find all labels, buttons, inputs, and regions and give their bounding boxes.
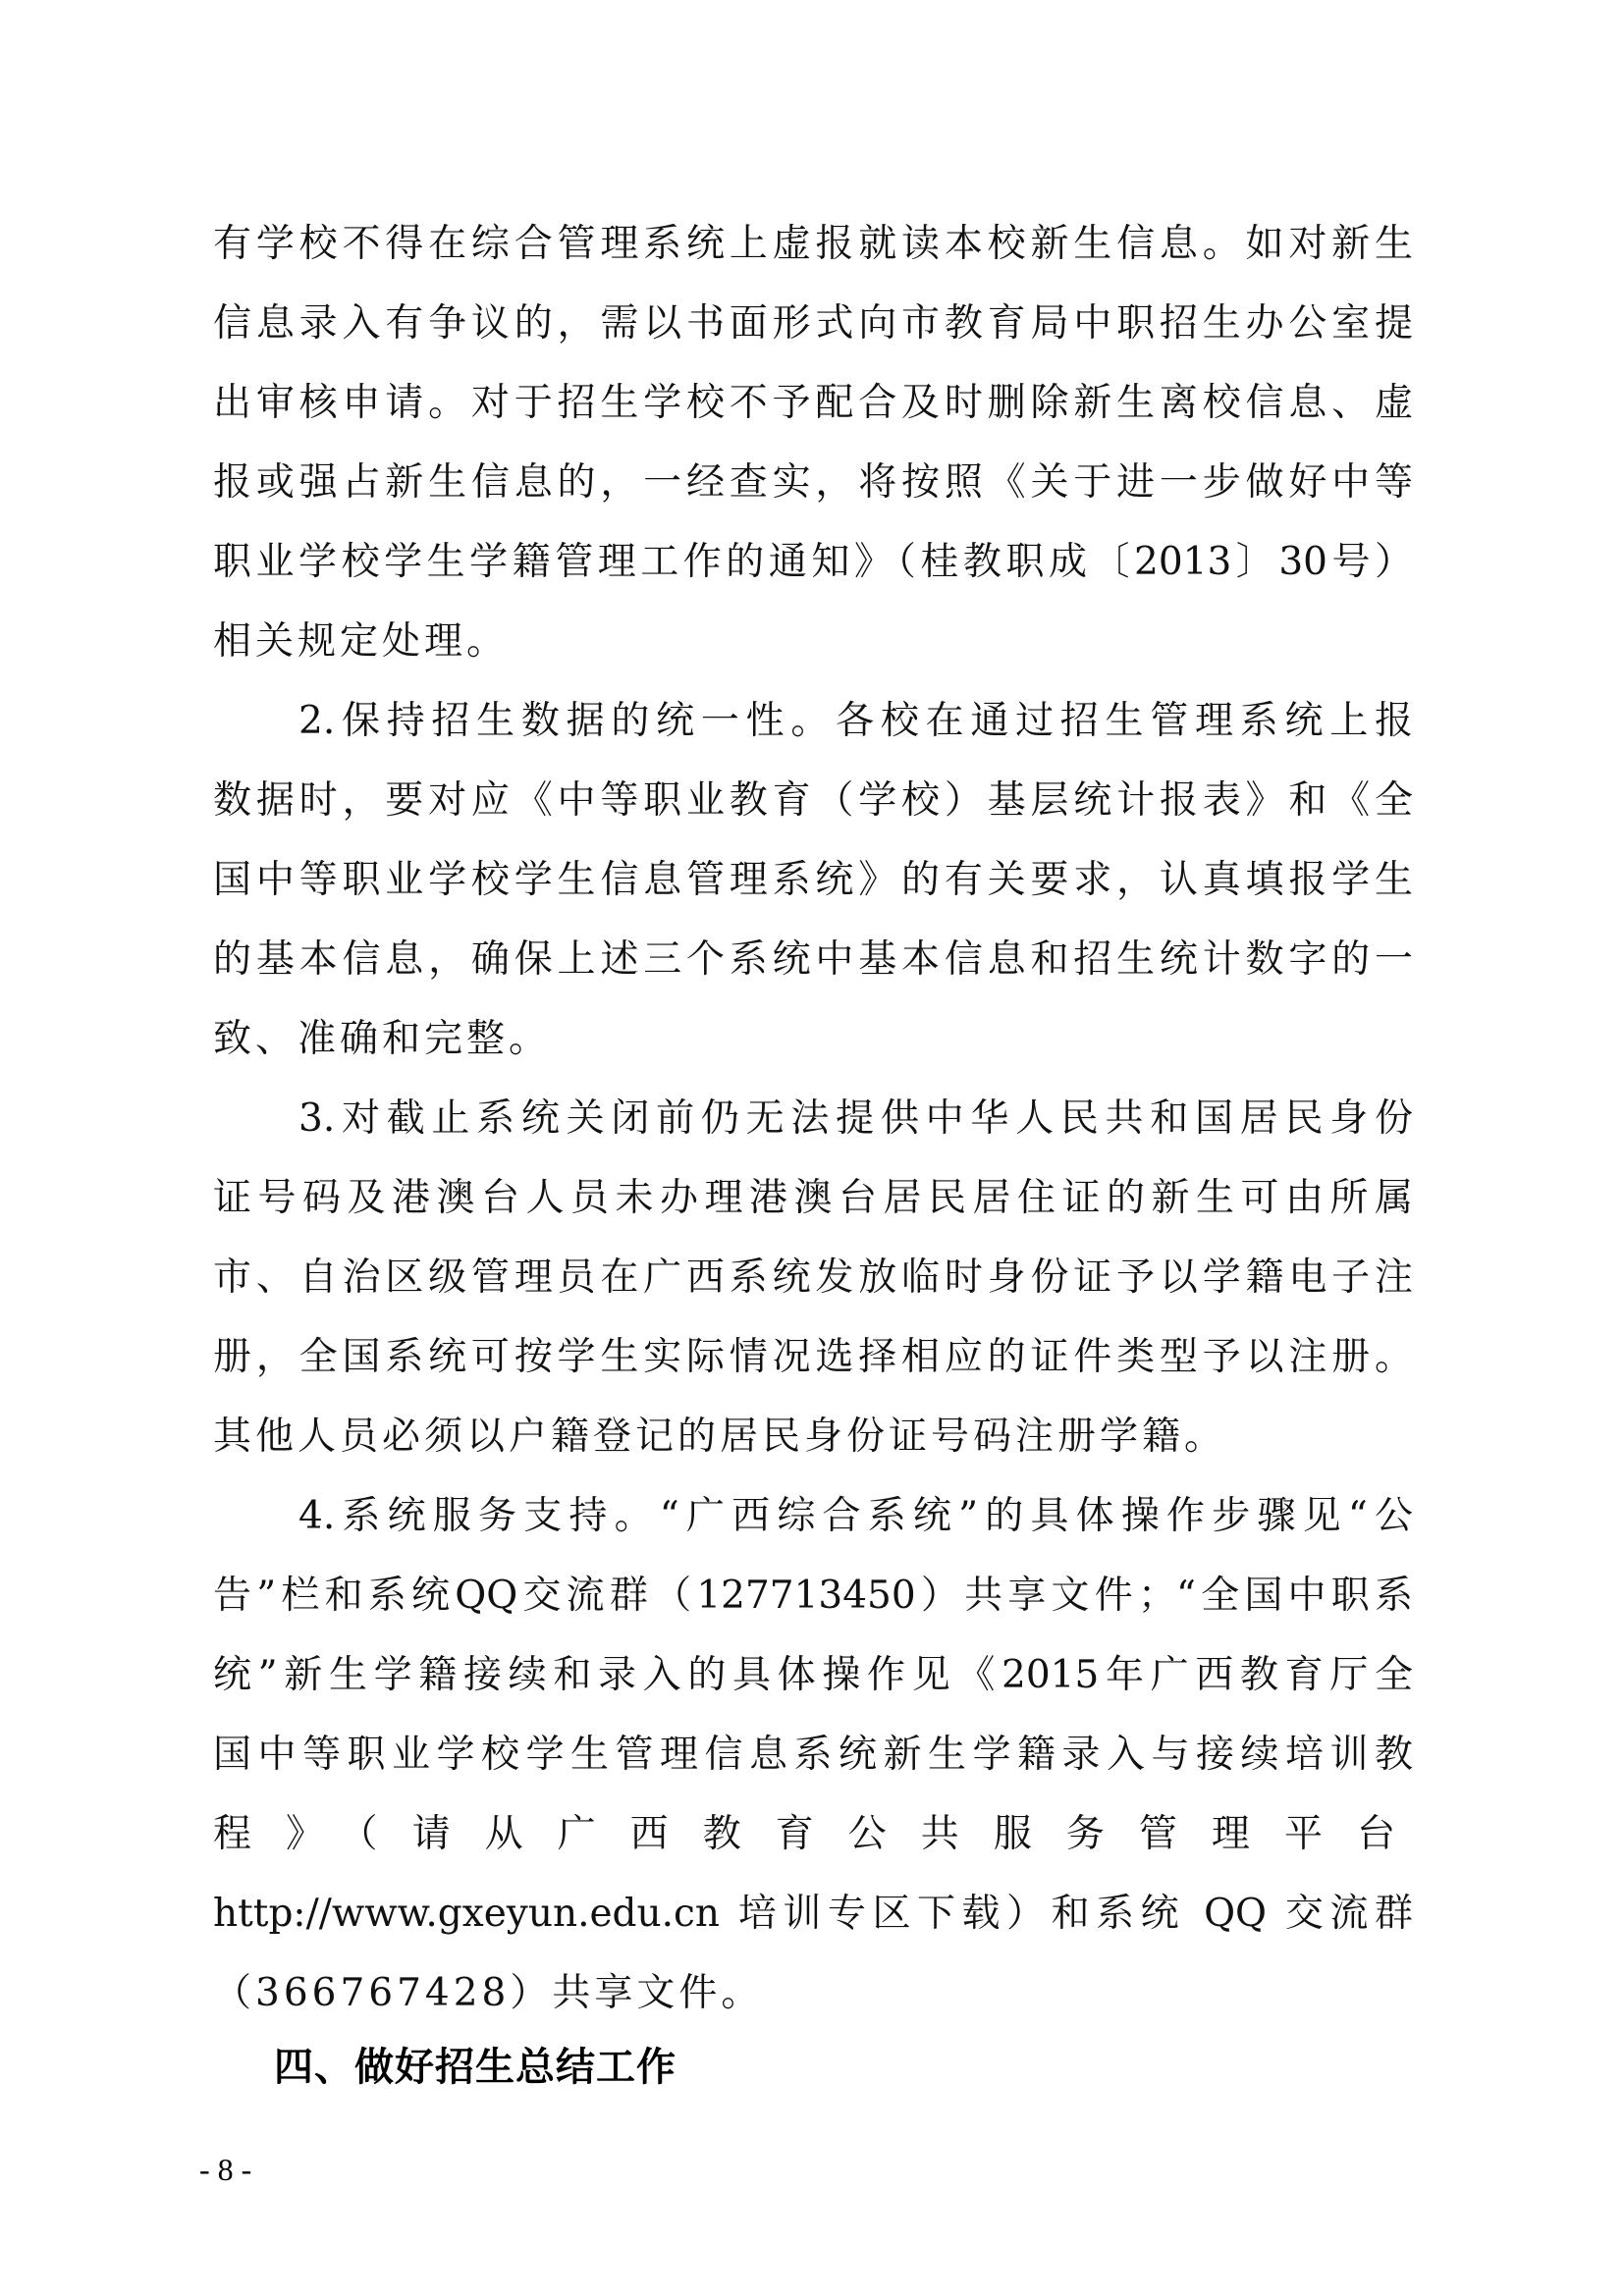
paragraph-line: 职业学校学生学籍管理工作的通知》（桂教职成〔2013〕30号） [213, 533, 1413, 592]
section-heading: 四、做好招生总结工作 [274, 2038, 677, 2097]
paragraph-line: 相关规定处理。 [213, 613, 1413, 671]
list-item-3-line: 市、自治区级管理员在广西系统发放临时身份证予以学籍电子注 [213, 1249, 1413, 1308]
list-item-3-line: 证号码及港澳台人员未办理港澳台居民居住证的新生可由所属 [213, 1169, 1413, 1228]
document-page: 有学校不得在综合管理系统上虚报就读本校新生信息。如对新生 信息录入有争议的，需以… [0, 0, 1624, 2296]
paragraph-line: 出审核申请。对于招生学校不予配合及时删除新生离校信息、虚 [213, 374, 1413, 433]
list-item-4-line: 国中等职业学校学生管理信息系统新生学籍录入与接续培训教 [213, 1726, 1413, 1785]
list-item-2-line: 的基本信息，确保上述三个系统中基本信息和招生统计数字的一 [213, 931, 1413, 989]
list-item-2-line: 数据时，要对应《中等职业教育（学校）基层统计报表》和《全 [213, 772, 1413, 830]
list-item-3-line: 3.对截止系统关闭前仍无法提供中华人民共和国居民身份 [298, 1090, 1413, 1148]
paragraph-line: 报或强占新生信息的，一经查实，将按照《关于进一步做好中等 [213, 454, 1413, 512]
paragraph-line: 有学校不得在综合管理系统上虚报就读本校新生信息。如对新生 [213, 215, 1413, 274]
list-item-4-line: （366767428）共享文件。 [213, 1964, 1413, 2023]
paragraph-line: 信息录入有争议的，需以书面形式向市教育局中职招生办公室提 [213, 294, 1413, 353]
list-item-4-line: 告”栏和系统QQ交流群（127713450）共享文件；“全国中职系 [213, 1567, 1413, 1626]
list-item-3-line: 其他人员必须以户籍登记的居民身份证号码注册学籍。 [213, 1408, 1413, 1467]
url-line: http://www.gxeyun.edu.cn 培训专区下载）和系统 QQ 交… [213, 1885, 1413, 1944]
list-item-2-line: 2.保持招生数据的统一性。各校在通过招生管理系统上报 [298, 692, 1413, 751]
list-item-4-line: 4.系统服务支持。“广西综合系统”的具体操作步骤见“公 [298, 1487, 1413, 1546]
list-item-2-line: 国中等职业学校学生信息管理系统》的有关要求，认真填报学生 [213, 851, 1413, 910]
list-item-2-line: 致、准确和完整。 [213, 1010, 1413, 1069]
list-item-4-line: 程》（请从广西教育公共服务管理平台 [213, 1805, 1413, 1864]
list-item-3-line: 册，全国系统可按学生实际情况选择相应的证件类型予以注册。 [213, 1328, 1413, 1387]
page-number: - 8 - [199, 2150, 251, 2189]
list-item-4-line: 统”新生学籍接续和录入的具体操作见《2015年广西教育厅全 [213, 1646, 1413, 1705]
